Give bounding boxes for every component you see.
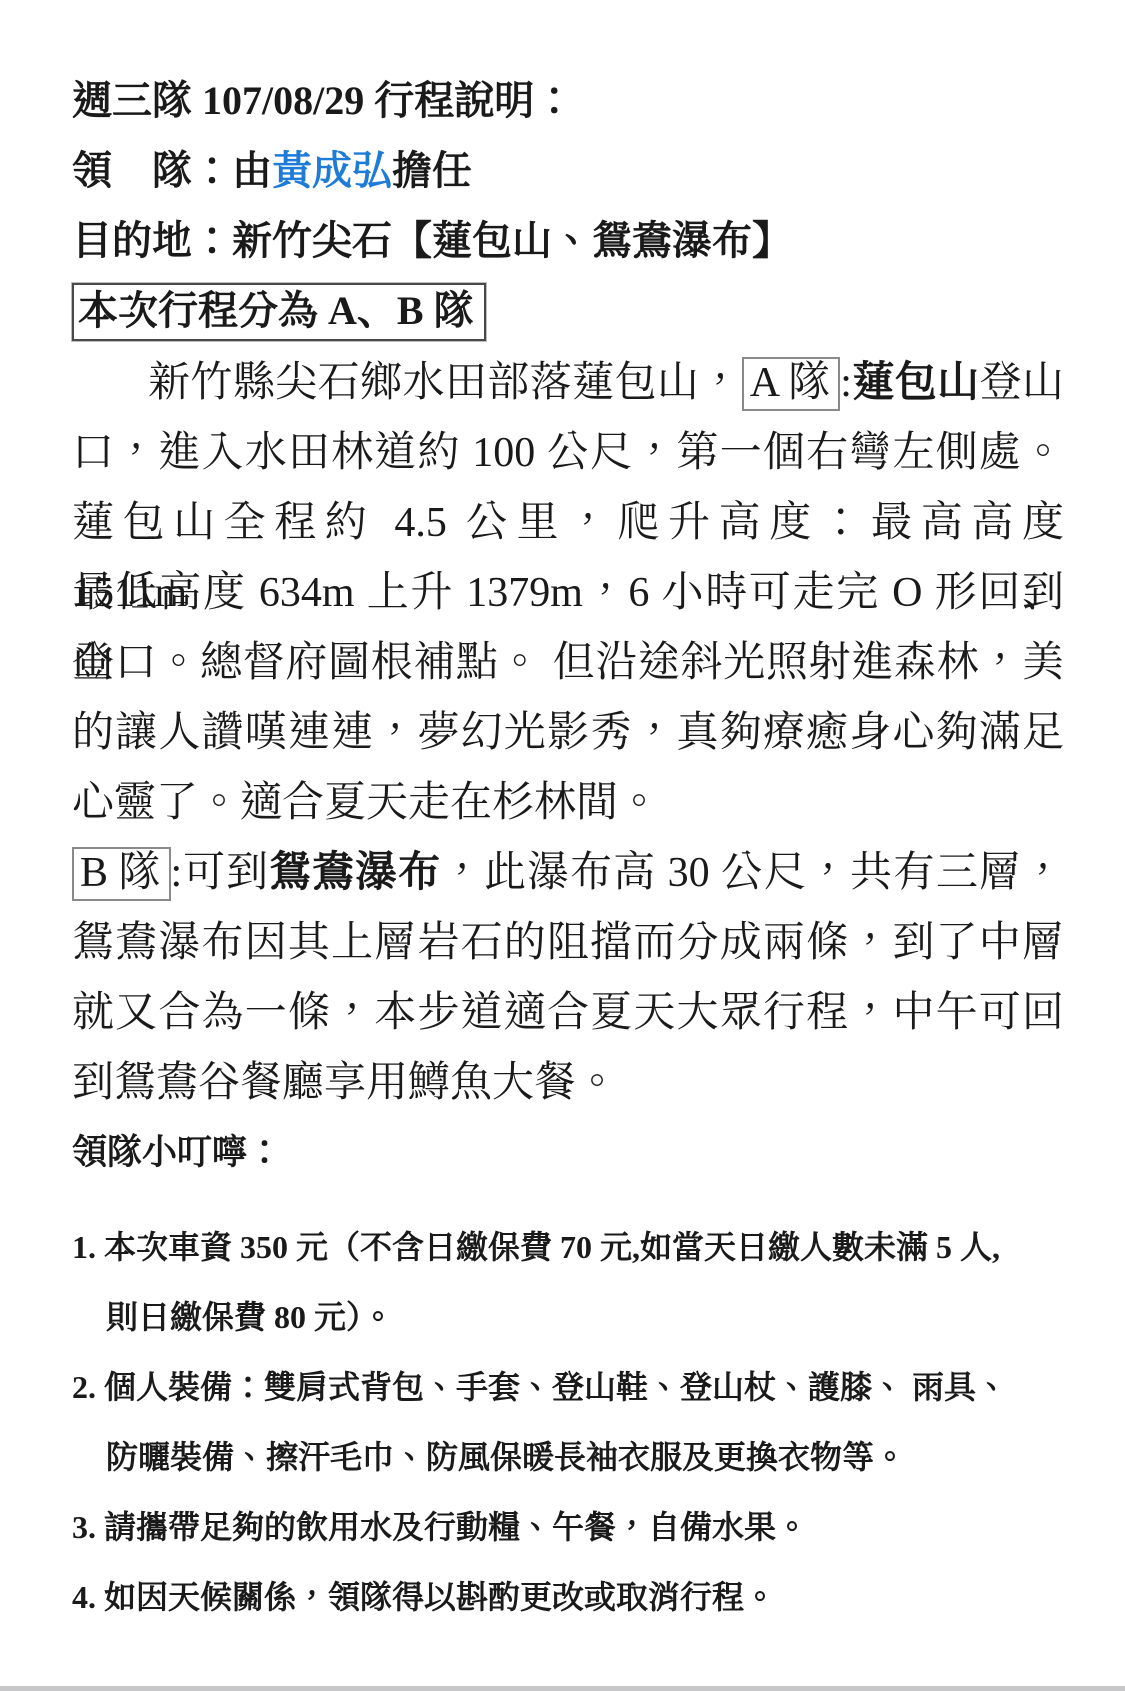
leader-name: 黃成弘 — [272, 148, 392, 193]
para-a-line1-pre: 新竹縣尖石鄉水田部落蓮包山， — [148, 360, 742, 406]
para-a-line-6: 的讓人讚嘆連連，夢幻光影秀，真夠療癒身心夠滿足 — [72, 698, 1064, 768]
note-item-2-line-2: 防曬裝備、擦汗毛巾、防風保暖長袖衣服及更換衣物等。 — [72, 1422, 1064, 1492]
page-title: 週三隊 107/08/29 行程說明： — [72, 66, 1064, 136]
notes-list: 1. 本次車資 350 元（不含日繳保費 70 元,如當天日繳人數未滿 5 人,… — [72, 1212, 1064, 1632]
para-a-line1-colon: : — [840, 360, 852, 406]
para-b-line1-bold: 鴛鴦瀑布 — [269, 850, 441, 896]
team-b-box: B 隊 — [72, 847, 171, 901]
leader-suffix: 擔任 — [392, 148, 472, 193]
para-a-line-2: 口，進入水田林道約 100 公尺，第一個右彎左側處。 — [72, 418, 1064, 488]
note-item-1-line-2: 則日繳保費 80 元）。 — [72, 1282, 1064, 1352]
paragraph-team-b: B 隊:可到鴛鴦瀑布，此瀑布高 30 公尺，共有三層， 鴛鴦瀑布因其上層岩石的阻… — [72, 838, 1064, 1118]
para-a-line-1: 新竹縣尖石鄉水田部落蓮包山，A 隊:蓮包山登山 — [72, 348, 1064, 418]
note-item-1-line-1: 1. 本次車資 350 元（不含日繳保費 70 元,如當天日繳人數未滿 5 人, — [72, 1212, 1064, 1282]
para-b-line1-post: ，此瀑布高 30 公尺，共有三層， — [441, 850, 1064, 896]
leader-label: 領 隊：由 — [72, 148, 272, 193]
document-page: 週三隊 107/08/29 行程說明： 領 隊：由黃成弘擔任 目的地：新竹尖石【… — [0, 0, 1125, 1691]
notes-heading: 領隊小叮嚀： — [72, 1118, 1064, 1188]
paragraph-team-a: 新竹縣尖石鄉水田部落蓮包山，A 隊:蓮包山登山 口，進入水田林道約 100 公尺… — [72, 348, 1064, 838]
note-item-3: 3. 請攜帶足夠的飲用水及行動糧、午餐，自備水果。 — [72, 1492, 1064, 1562]
para-a-line-7: 心靈了。適合夏天走在杉林間。 — [72, 768, 1064, 838]
para-a-line1-bold: 蓮包山 — [852, 360, 980, 406]
para-b-line-2: 鴛鴦瀑布因其上層岩石的阻擋而分成兩條，到了中層 — [72, 908, 1064, 978]
destination-line: 目的地：新竹尖石【蓮包山、鴛鴦瀑布】 — [72, 206, 1064, 276]
para-b-line-1: B 隊:可到鴛鴦瀑布，此瀑布高 30 公尺，共有三層， — [72, 838, 1064, 908]
para-b-line-4: 到鴛鴦谷餐廳享用鱒魚大餐。 — [72, 1048, 1064, 1118]
para-b-line-3: 就又合為一條，本步道適合夏天大眾行程，中午可回 — [72, 978, 1064, 1048]
split-notice-row: 本次行程分為 A、B 隊 — [72, 276, 1064, 348]
bottom-gray-bar — [0, 1686, 1125, 1691]
para-a-line-4: 最低高度 634m 上升 1379m，6 小時可走完 O 形回到登 — [72, 558, 1064, 628]
note-item-4: 4. 如因天候關係，領隊得以斟酌更改或取消行程。 — [72, 1562, 1064, 1632]
team-a-box: A 隊 — [742, 357, 841, 411]
split-notice-box: 本次行程分為 A、B 隊 — [72, 283, 486, 341]
note-item-2-line-1: 2. 個人裝備：雙肩式背包、手套、登山鞋、登山杖、護膝、 雨具、 — [72, 1352, 1064, 1422]
para-a-line-3: 蓮包山全程約 4.5 公里，爬升高度：最高高度 1511m、 — [72, 488, 1064, 558]
document-content: 週三隊 107/08/29 行程說明： 領 隊：由黃成弘擔任 目的地：新竹尖石【… — [72, 66, 1064, 1632]
leader-line: 領 隊：由黃成弘擔任 — [72, 136, 1064, 206]
para-a-line1-post: 登山 — [980, 360, 1064, 406]
para-b-line1-mid: :可到 — [171, 850, 270, 896]
para-a-line-5: 山口。總督府圖根補點。 但沿途斜光照射進森林，美 — [72, 628, 1064, 698]
